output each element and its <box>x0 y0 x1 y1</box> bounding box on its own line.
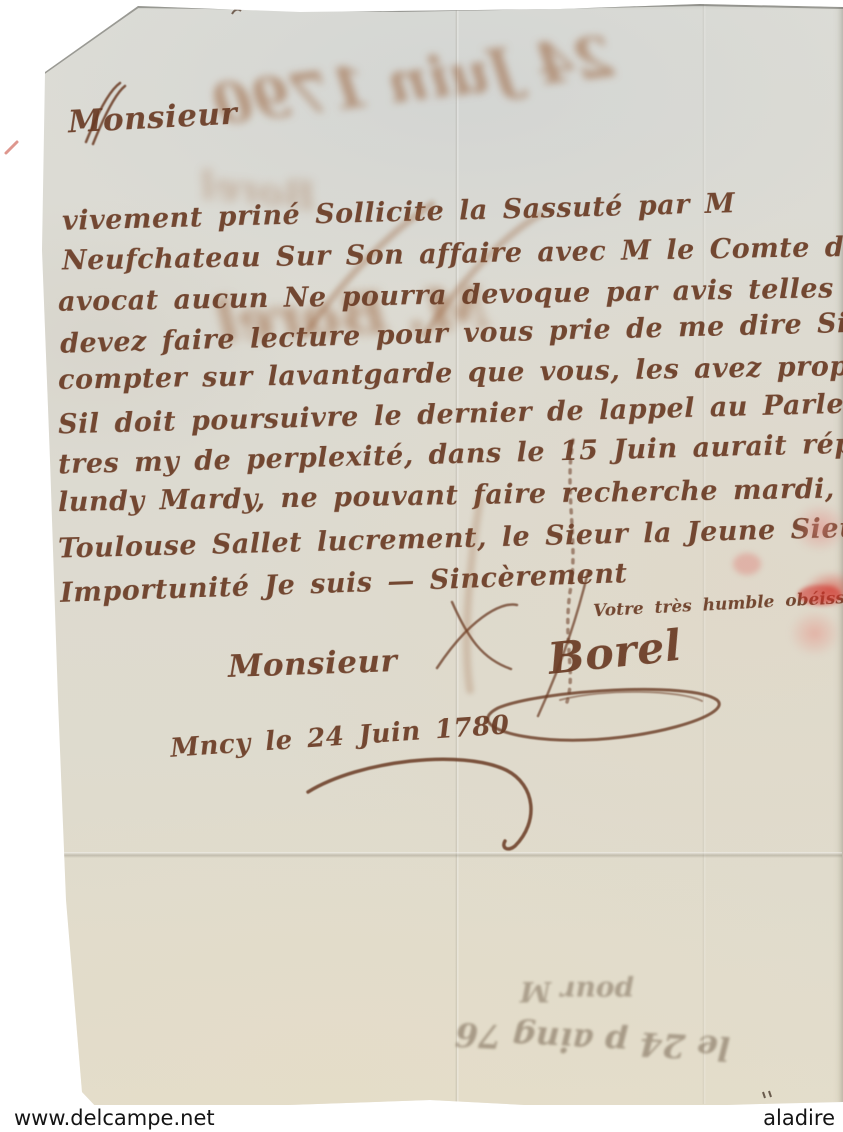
letter-line: Importunité Je suis — Sincèrement <box>60 558 628 609</box>
salutation: Monsieur <box>67 96 238 141</box>
watermark-site-url: www.delcampe.net <box>14 1106 215 1130</box>
closing-salutation: Monsieur <box>227 643 398 685</box>
watermark-seller-name: aladire <box>763 1106 835 1130</box>
letter-line: Toulouse Sallet lucrement, le Sieur la J… <box>58 510 843 564</box>
vertical-fold-crease <box>455 6 459 1104</box>
letter-line: Neufchateau Sur Son affaire avec M le Co… <box>62 229 843 277</box>
horizontal-fold-crease <box>42 852 842 858</box>
bleedthrough-date: 24 Juin 1790 <box>209 24 616 138</box>
signature: Borel <box>546 621 684 685</box>
letter-photo: 24 Juin 1790 M. Borel Borel pour M le 24… <box>0 0 843 1132</box>
valediction: Votre très humble obéissant <box>593 587 843 622</box>
letter-paper-sheet: 24 Juin 1790 M. Borel Borel pour M le 24… <box>0 0 843 1132</box>
vertical-fold-crease <box>702 4 706 1104</box>
letter-line: vivement priné Sollicite la Sassuté par … <box>62 188 736 237</box>
wax-smudge <box>733 553 761 575</box>
bleedthrough-bottom-line: le 24 p aing 76 <box>454 1015 731 1068</box>
bleedthrough-bottom-line: pour M <box>520 975 634 1008</box>
dateline: Mncy le 24 Juin 1780 <box>169 710 510 764</box>
letter-line: lundy Mardy, ne pouvant faire recherche … <box>58 473 843 518</box>
